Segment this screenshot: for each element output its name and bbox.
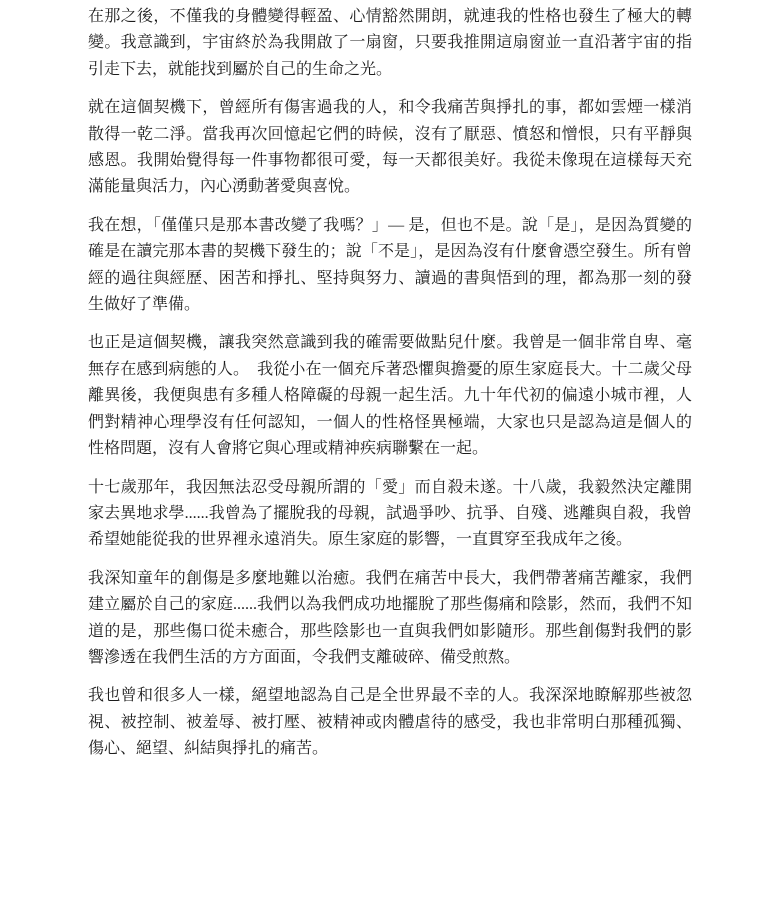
paragraph: 也正是這個契機，讓我突然意識到我的確需要做點兒什麼。我曾是一個非常自卑、毫無存在…: [88, 330, 692, 462]
paragraph: 我深知童年的創傷是多麼地難以治癒。我們在痛苦中長大，我們帶著痛苦離家，我們建立屬…: [88, 566, 692, 672]
document-body: 在那之後，不僅我的身體變得輕盈、心情豁然開朗，就連我的性格也發生了極大的轉變。我…: [88, 4, 692, 775]
paragraph: 在那之後，不僅我的身體變得輕盈、心情豁然開朗，就連我的性格也發生了極大的轉變。我…: [88, 4, 692, 83]
paragraph: 我在想，「僅僅只是那本書改變了我嗎？」— 是，但也不是。說「是」，是因為質變的確…: [88, 213, 692, 319]
paragraph: 就在這個契機下，曾經所有傷害過我的人，和令我痛苦與掙扎的事，都如雲煙一樣消散得一…: [88, 95, 692, 201]
paragraph: 十七歲那年，我因無法忍受母親所謂的「愛」而自殺未遂。十八歲，我毅然決定離開家去異…: [88, 475, 692, 554]
paragraph: 我也曾和很多人一樣，絕望地認為自己是全世界最不幸的人。我深深地瞭解那些被忽視、被…: [88, 683, 692, 762]
document-page: 在那之後，不僅我的身體變得輕盈、心情豁然開朗，就連我的性格也發生了極大的轉變。我…: [0, 0, 776, 907]
